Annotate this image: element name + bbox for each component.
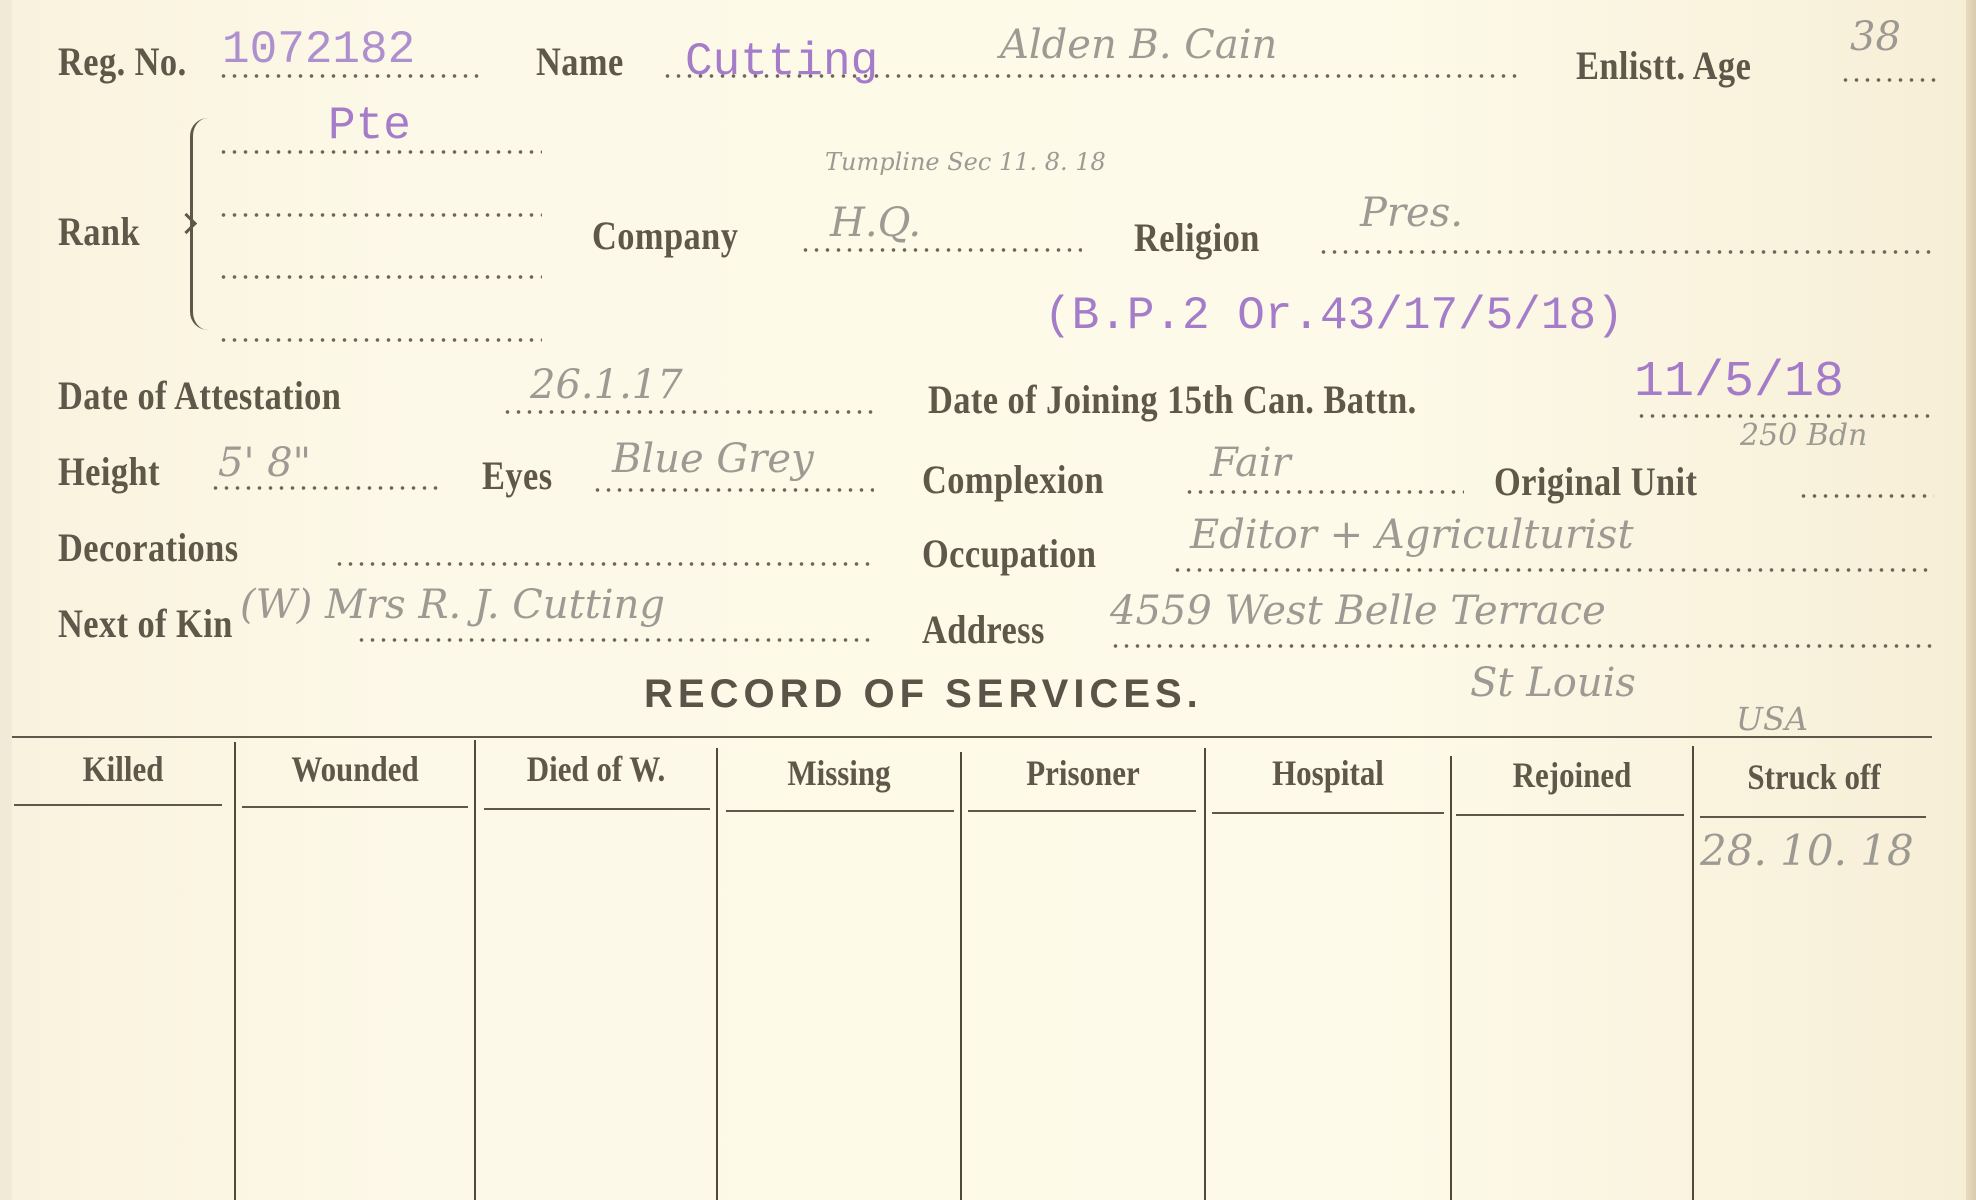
- complexion-dots: [1184, 490, 1464, 494]
- name-given: Alden B. Cain: [1000, 22, 1277, 68]
- name-surname: Cutting: [685, 36, 878, 88]
- column-header-missing: Missing: [735, 752, 943, 794]
- address-line2: St Louis: [1470, 660, 1636, 706]
- column-divider-2: [474, 740, 476, 1200]
- attestation-dots: [502, 410, 874, 414]
- rank-label: Rank: [58, 208, 140, 255]
- height-label: Height: [58, 448, 160, 495]
- rank-dots-1: [218, 150, 542, 154]
- column-header-died-of-wounds: Died of W.: [493, 748, 699, 790]
- original-unit-dots: [1798, 494, 1934, 498]
- rank-dots-3: [218, 275, 542, 279]
- reg-no-value: 1072182: [222, 24, 415, 76]
- enlist-age-dots: [1840, 78, 1936, 82]
- header-underline-6: [1212, 812, 1444, 814]
- height-dots: [210, 486, 440, 490]
- column-divider-6: [1450, 756, 1452, 1200]
- height-value: 5' 8": [218, 440, 311, 486]
- joining-label: Date of Joining 15th Can. Battn.: [928, 376, 1417, 423]
- rank-dots-4: [218, 338, 542, 342]
- column-divider-1: [234, 742, 236, 1200]
- order-stamp: (B.P.2 Or.43/17/5/18): [1044, 290, 1624, 342]
- occupation-dots: [1172, 568, 1934, 572]
- rank-value-1: Pte: [328, 100, 411, 152]
- address-line1: 4559 West Belle Terrace: [1110, 588, 1606, 634]
- original-unit-value: 250 Bdn: [1740, 418, 1867, 453]
- column-header-struck-off: Struck off: [1711, 756, 1917, 798]
- address-label: Address: [922, 606, 1045, 653]
- column-header-wounded: Wounded: [253, 748, 458, 790]
- column-divider-3: [716, 748, 718, 1200]
- religion-value: Pres.: [1360, 190, 1463, 236]
- header-underline-2: [242, 806, 468, 808]
- header-underline-8: [1700, 816, 1926, 818]
- decorations-dots: [334, 562, 874, 566]
- rank-brace: [190, 118, 211, 330]
- column-header-prisoner: Prisoner: [979, 752, 1187, 794]
- column-header-rejoined: Rejoined: [1469, 754, 1675, 796]
- record-of-services-title: RECORD OF SERVICES.: [644, 672, 1203, 717]
- eyes-dots: [592, 488, 874, 492]
- next-of-kin-dots: [356, 638, 874, 642]
- company-dots: [800, 248, 1082, 252]
- column-header-hospital: Hospital: [1223, 752, 1433, 794]
- name-label: Name: [536, 38, 624, 85]
- address-line3: USA: [1736, 700, 1808, 738]
- table-top-line: [12, 736, 1932, 738]
- header-underline-1: [14, 804, 222, 806]
- religion-label: Religion: [1134, 214, 1260, 261]
- address-dots: [1110, 644, 1934, 648]
- transfer-note: Tumpline Sec 11. 8. 18: [825, 148, 1106, 176]
- card-left-edge: [0, 0, 12, 1200]
- company-label: Company: [592, 212, 738, 259]
- attestation-value: 26.1.17: [530, 362, 683, 408]
- column-divider-5: [1204, 748, 1206, 1200]
- attestation-label: Date of Attestation: [58, 372, 341, 419]
- card-right-edge: [1966, 0, 1976, 1200]
- religion-dots: [1318, 250, 1934, 254]
- company-value: H.Q.: [830, 200, 921, 246]
- complexion-label: Complexion: [922, 456, 1104, 503]
- rank-dots-2: [218, 213, 542, 217]
- enlist-age-label: Enlistt. Age: [1576, 42, 1751, 89]
- occupation-label: Occupation: [922, 530, 1096, 577]
- eyes-label: Eyes: [482, 452, 553, 499]
- decorations-label: Decorations: [58, 524, 239, 571]
- header-underline-4: [726, 810, 954, 812]
- header-underline-3: [484, 808, 710, 810]
- column-divider-4: [960, 752, 962, 1200]
- header-underline-5: [968, 810, 1196, 812]
- column-header-killed: Killed: [28, 748, 219, 790]
- complexion-value: Fair: [1210, 440, 1291, 486]
- original-unit-label: Original Unit: [1494, 458, 1697, 505]
- joining-value: 11/5/18: [1634, 354, 1844, 411]
- reg-no-label: Reg. No.: [58, 38, 187, 85]
- next-of-kin-value: (W) Mrs R. J. Cutting: [240, 582, 665, 628]
- header-underline-7: [1456, 814, 1684, 816]
- next-of-kin-label: Next of Kin: [58, 600, 233, 647]
- struck-off-value: 28. 10. 18: [1700, 826, 1914, 875]
- column-divider-7: [1692, 746, 1694, 1200]
- occupation-value: Editor + Agriculturist: [1190, 512, 1634, 558]
- enlist-age-value: 38: [1850, 14, 1901, 60]
- eyes-value: Blue Grey: [612, 436, 814, 482]
